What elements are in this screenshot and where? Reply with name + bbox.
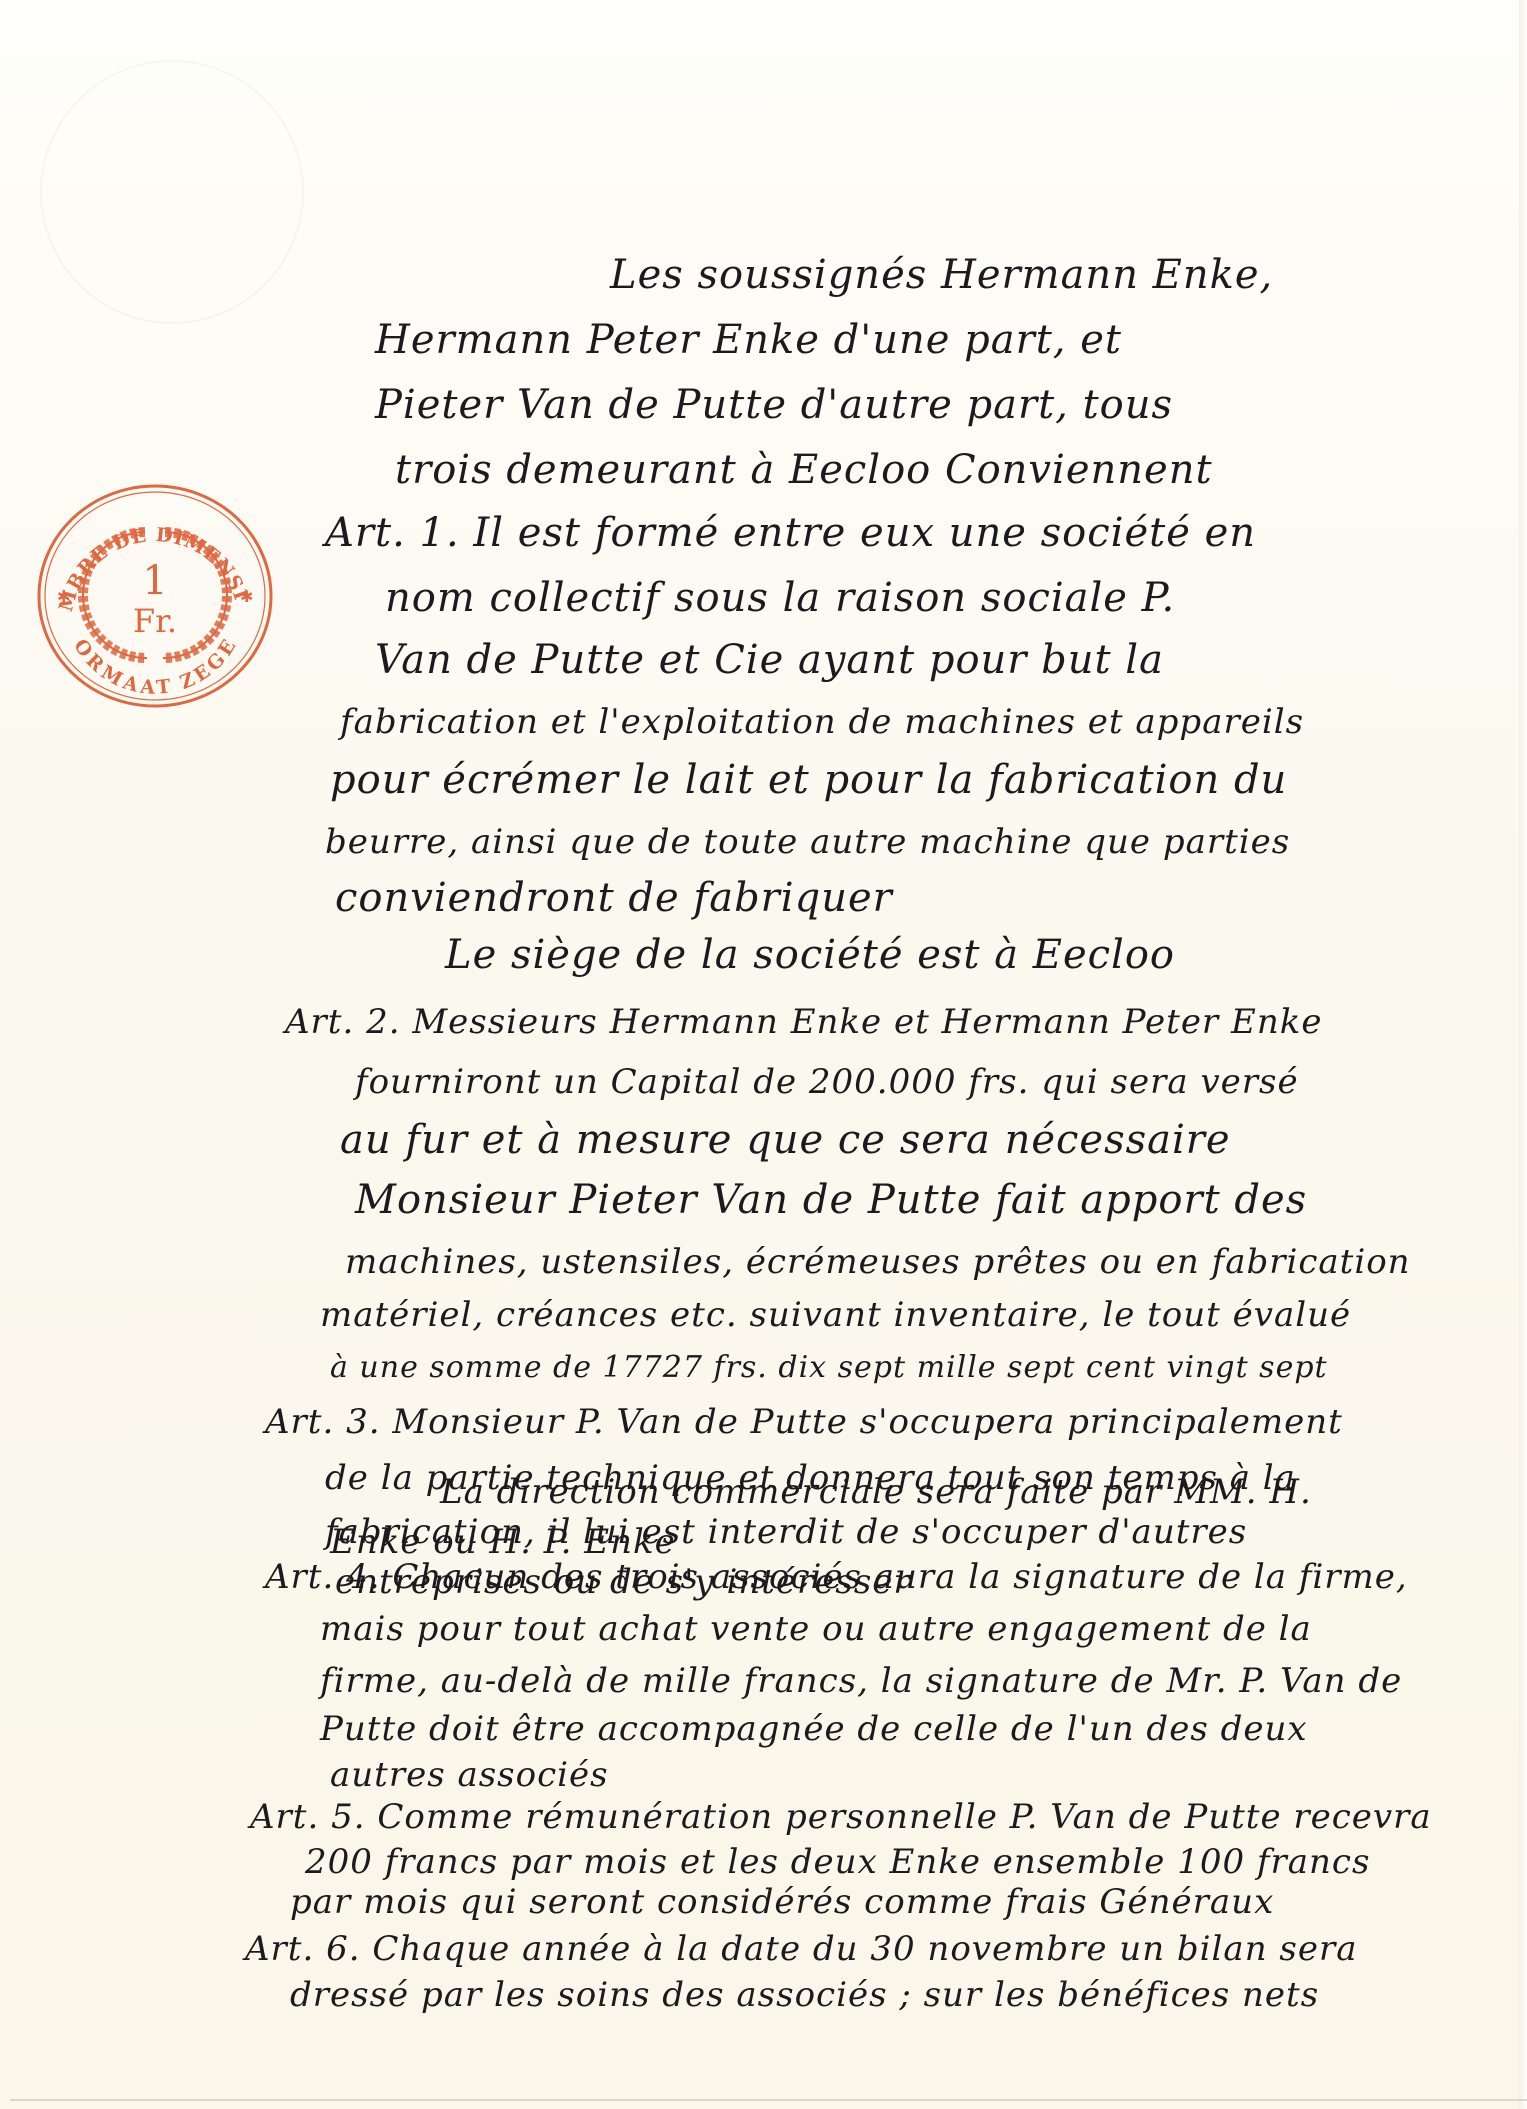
article-5: Art. 5. Comme rémunération personnelle P…	[250, 1800, 1432, 1834]
text-line: autres associés	[330, 1758, 609, 1792]
text-line: La direction commerciale sera faite par …	[440, 1475, 1312, 1509]
text-line: par mois qui seront considérés comme fra…	[290, 1885, 1274, 1919]
article-6: Art. 6. Chaque année à la date du 30 nov…	[245, 1932, 1358, 1966]
text-line: mais pour tout achat vente ou autre enga…	[320, 1612, 1312, 1646]
lower-section: La direction commerciale sera faite par …	[0, 0, 1527, 2109]
article-4: Art. 4. Chacun des trois associés aura l…	[265, 1560, 1408, 1594]
text-line: firme, au-delà de mille francs, la signa…	[320, 1664, 1402, 1698]
text-line: Putte doit être accompagnée de celle de …	[320, 1712, 1308, 1746]
text-line: dressé par les soins des associés ; sur …	[290, 1978, 1319, 2012]
text-line: Enke ou H. P. Enke	[330, 1525, 676, 1559]
text-line: 200 francs par mois et les deux Enke ens…	[305, 1845, 1370, 1879]
